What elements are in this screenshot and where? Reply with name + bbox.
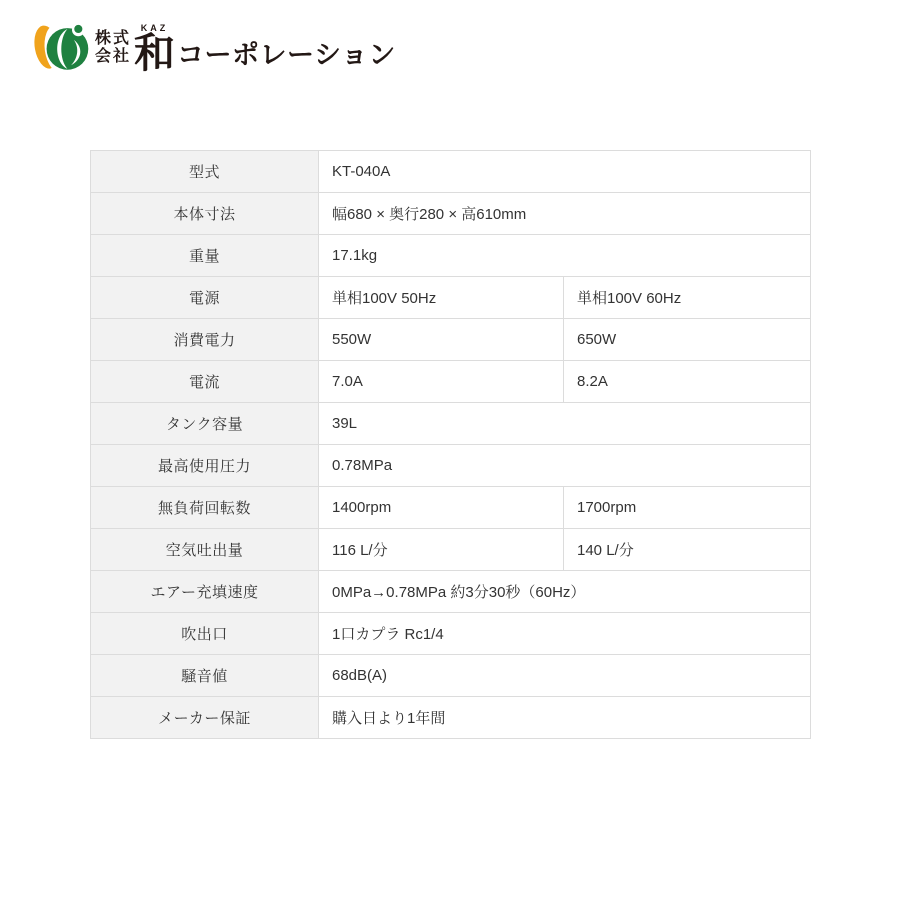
row-value-cell-50hz: 550W (319, 319, 564, 361)
row-value-cell-50hz: 1400rpm (319, 487, 564, 529)
table-row-tank-capacity: タンク容量 39L (91, 403, 811, 445)
table-row-noise-level: 騒音値 68dB(A) (91, 655, 811, 697)
row-label-cell: 最高使用圧力 (91, 445, 319, 487)
row-label-cell: 電流 (91, 361, 319, 403)
row-label-cell: 型式 (91, 151, 319, 193)
logo-prefix-line2: 会社 (95, 48, 131, 66)
row-value-cell: KT-040A (319, 151, 811, 193)
row-label-cell: メーカー保証 (91, 697, 319, 739)
row-value-cell: 購入日より1年間 (319, 697, 811, 739)
table-row-current: 電流 7.0A 8.2A (91, 361, 811, 403)
row-label-cell: 電源 (91, 277, 319, 319)
row-label-cell: 無負荷回転数 (91, 487, 319, 529)
row-value-cell-50hz: 116 L/分 (319, 529, 564, 571)
spec-table: 型式 KT-040A 本体寸法 幅680 × 奥行280 × 高610mm 重量… (90, 150, 811, 739)
row-label-cell: 消費電力 (91, 319, 319, 361)
table-row-dimensions: 本体寸法 幅680 × 奥行280 × 高610mm (91, 193, 811, 235)
row-label-cell: 重量 (91, 235, 319, 277)
logo-company-prefix: 株式 会社 (95, 30, 131, 66)
logo-mark-icon (33, 18, 91, 78)
logo-prefix-line1: 株式 (95, 30, 131, 48)
logo-kanji: 和 (134, 34, 175, 73)
page: 株式 会社 KAZ 和 コーポレーション 型式 KT-040A 本体寸法 幅68… (0, 0, 900, 900)
logo-katakana: コーポレーション (177, 25, 396, 72)
row-label-cell: タンク容量 (91, 403, 319, 445)
row-value-cell: 幅680 × 奥行280 × 高610mm (319, 193, 811, 235)
row-label-cell: 本体寸法 (91, 193, 319, 235)
row-value-cell-60hz: 140 L/分 (564, 529, 811, 571)
row-value-cell-60hz: 1700rpm (564, 487, 811, 529)
table-row-no-load-rpm: 無負荷回転数 1400rpm 1700rpm (91, 487, 811, 529)
table-row-fill-speed: エアー充填速度 0MPa→0.78MPa 約3分30秒（60Hz） (91, 571, 811, 613)
row-value-cell: 39L (319, 403, 811, 445)
table-row-warranty: メーカー保証 購入日より1年間 (91, 697, 811, 739)
row-value-cell: 1口カプラ Rc1/4 (319, 613, 811, 655)
row-label-cell: 騒音値 (91, 655, 319, 697)
row-value-cell: 0.78MPa (319, 445, 811, 487)
row-value-cell: 68dB(A) (319, 655, 811, 697)
company-logo: 株式 会社 KAZ 和 コーポレーション (33, 18, 396, 78)
table-row-outlet: 吹出口 1口カプラ Rc1/4 (91, 613, 811, 655)
row-value-cell: 0MPa→0.78MPa 約3分30秒（60Hz） (319, 571, 811, 613)
row-label-cell: エアー充填速度 (91, 571, 319, 613)
row-label-cell: 吹出口 (91, 613, 319, 655)
row-value-cell-50hz: 7.0A (319, 361, 564, 403)
row-value-cell: 17.1kg (319, 235, 811, 277)
logo-kanji-block: KAZ 和 (134, 24, 175, 73)
row-value-cell-60hz: 650W (564, 319, 811, 361)
row-value-cell-60hz: 8.2A (564, 361, 811, 403)
table-row-power-supply: 電源 単相100V 50Hz 単相100V 60Hz (91, 277, 811, 319)
row-value-cell-60hz: 単相100V 60Hz (564, 277, 811, 319)
row-label-cell: 空気吐出量 (91, 529, 319, 571)
table-row-air-discharge: 空気吐出量 116 L/分 140 L/分 (91, 529, 811, 571)
row-value-cell-50hz: 単相100V 50Hz (319, 277, 564, 319)
table-row-weight: 重量 17.1kg (91, 235, 811, 277)
table-row-max-pressure: 最高使用圧力 0.78MPa (91, 445, 811, 487)
table-row-model: 型式 KT-040A (91, 151, 811, 193)
logo-text: 株式 会社 KAZ 和 コーポレーション (95, 24, 396, 73)
table-row-power-consumption: 消費電力 550W 650W (91, 319, 811, 361)
